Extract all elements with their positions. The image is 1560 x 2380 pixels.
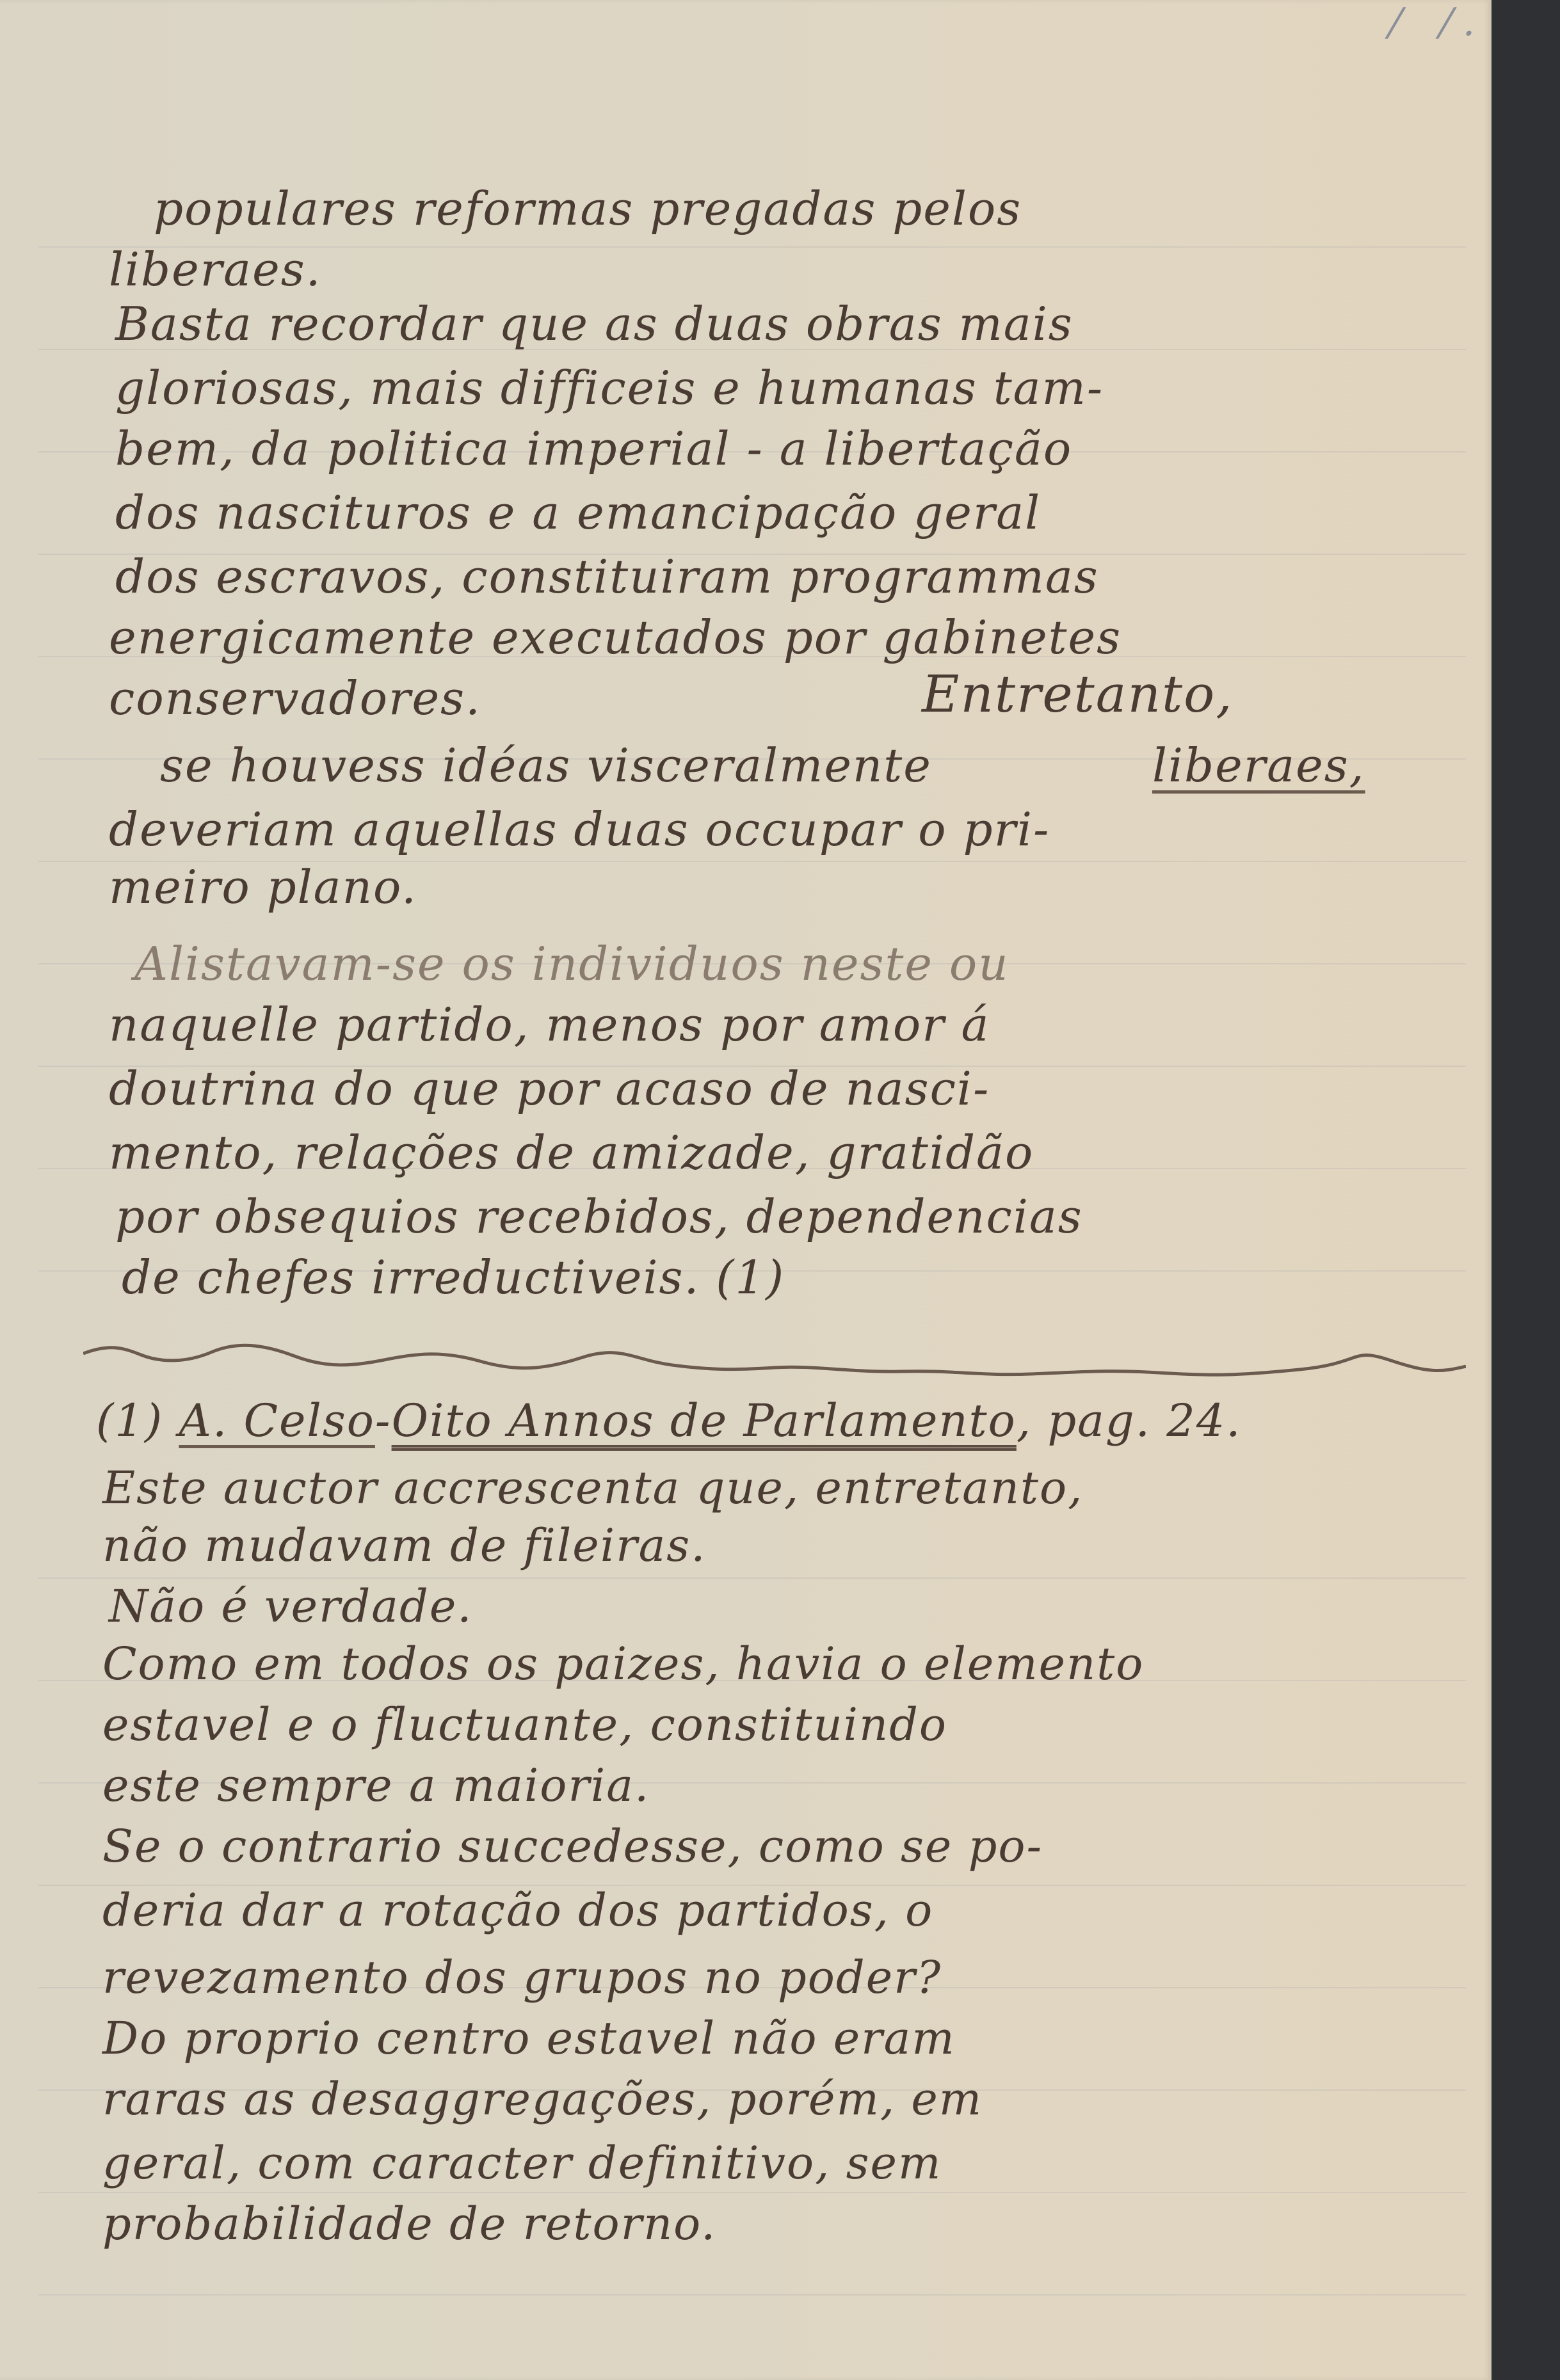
text-line: dos escravos, constituiram programmas bbox=[115, 554, 1099, 600]
footnote-line: Do proprio centro estavel não eram bbox=[102, 2016, 956, 2061]
footnote-citation: (1) A. Celso-Oito Annos de Parlamento, p… bbox=[96, 1398, 1242, 1443]
footnote-marker: (1) bbox=[96, 1394, 163, 1447]
manuscript-scan: / /. populares reformas pregadas pelos l… bbox=[0, 0, 1560, 2380]
footnote-separator: - bbox=[375, 1394, 392, 1447]
ruled-line bbox=[38, 2192, 1466, 2193]
text-line: meiro plano. bbox=[109, 864, 417, 910]
footnote-author: A. Celso bbox=[179, 1394, 375, 1447]
footnote-line: não mudavam de fileiras. bbox=[102, 1523, 706, 1568]
footnote-book-title: Oito Annos de Parlamento bbox=[392, 1394, 1017, 1447]
text-line: energicamente executados por gabinetes bbox=[109, 614, 1122, 660]
footnote-line: estavel e o fluctuante, constituindo bbox=[102, 1702, 947, 1747]
text-line: por obsequios recebidos, dependencias bbox=[115, 1194, 1083, 1240]
text-line: se houvess idéas visceralmente bbox=[160, 742, 932, 788]
text-line: mento, relações de amizade, gratidão bbox=[109, 1130, 1034, 1176]
text-line: liberaes. bbox=[109, 246, 322, 292]
footnote-line: raras as desaggregações, porém, em bbox=[102, 2077, 983, 2121]
text-line: Basta recordar que as duas obras mais bbox=[115, 301, 1074, 347]
text-line: doutrina do que por acaso de nasci- bbox=[109, 1066, 990, 1112]
footnote-page-ref: , pag. 24. bbox=[1017, 1394, 1242, 1447]
manuscript-page: / /. populares reformas pregadas pelos l… bbox=[0, 0, 1492, 2380]
text-line: Alistavam-se os individuos neste ou bbox=[134, 941, 1009, 987]
text-line: naquelle partido, menos por amor á bbox=[109, 1002, 990, 1048]
text-line: bem, da politica imperial - a libertação bbox=[115, 426, 1072, 472]
footnote-line: este sempre a maioria. bbox=[102, 1763, 650, 1808]
footnote-line: Não é verdade. bbox=[109, 1584, 473, 1629]
text-line: populares reformas pregadas pelos bbox=[154, 186, 1022, 232]
footnote-line: Se o contrario succedesse, como se po- bbox=[102, 1824, 1043, 1869]
footnote-line: geral, com caracter definitivo, sem bbox=[102, 2141, 942, 2185]
text-line: deveriam aquellas duas occupar o pri- bbox=[109, 806, 1050, 852]
footnote-line: revezamento dos grupos no poder? bbox=[102, 1955, 942, 2000]
footnote-line: probabilidade de retorno. bbox=[102, 2201, 716, 2246]
footnote-line: deria dar a rotação dos partidos, o bbox=[102, 1888, 933, 1933]
footnote-divider bbox=[83, 1341, 1466, 1379]
text-line: Entretanto, bbox=[922, 669, 1234, 720]
text-line: dos nascituros e a emancipação geral bbox=[115, 490, 1041, 536]
footnote-line: Este auctor accrescenta que, entretanto, bbox=[102, 1466, 1083, 1510]
text-line: conservadores. bbox=[109, 675, 481, 721]
ruled-line bbox=[38, 1577, 1466, 1579]
text-line: gloriosas, mais difficeis e humanas tam- bbox=[115, 365, 1104, 411]
ruled-line bbox=[38, 2294, 1466, 2296]
underlined-word-liberaes: liberaes, bbox=[1152, 742, 1365, 788]
text-line: de chefes irreductiveis. (1) bbox=[122, 1254, 785, 1300]
page-corner-mark: / /. bbox=[1383, 0, 1497, 45]
footnote-line: Como em todos os paizes, havia o element… bbox=[102, 1641, 1144, 1686]
